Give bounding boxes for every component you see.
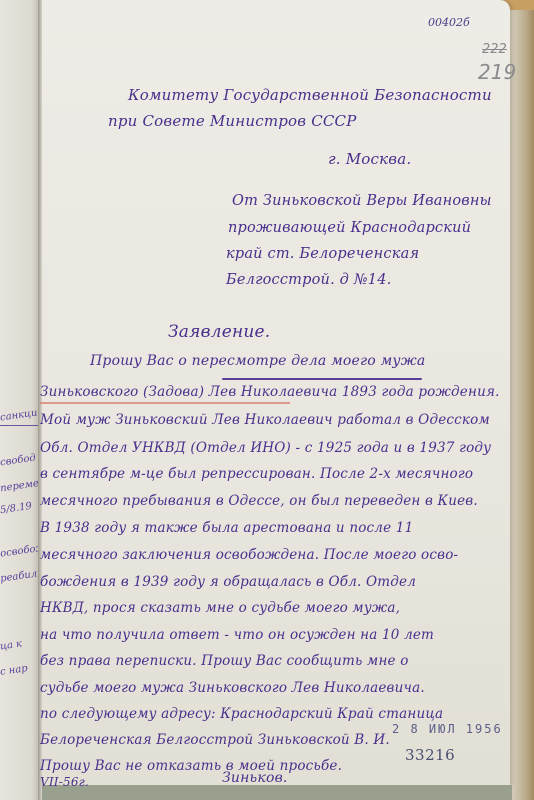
body-line: Мой муж Зиньковский Лев Николаевич работ… bbox=[40, 412, 490, 428]
folio-number: 219 bbox=[478, 60, 516, 84]
body-line: В 1938 году я также была арестована и по… bbox=[40, 520, 413, 536]
margin-note: санкци bbox=[0, 407, 38, 423]
body-line: в сентябре м-це был репрессирован. После… bbox=[40, 466, 473, 482]
ink-underline bbox=[222, 378, 422, 380]
sender-line-3: край ст. Белореченская bbox=[226, 246, 419, 262]
archive-number: 00402б bbox=[428, 16, 470, 29]
body-line: Белореченская Белгосстрой Зиньковской В.… bbox=[40, 732, 390, 748]
stacked-page-edges bbox=[508, 10, 534, 800]
body-line: без права переписки. Прошу Вас сообщить … bbox=[40, 653, 409, 669]
margin-note: реабилит bbox=[0, 566, 40, 584]
body-line: по следующему адресу: Краснодарский Край… bbox=[40, 706, 443, 722]
addressee-line-2: при Совете Министров СССР bbox=[108, 112, 357, 130]
red-underline bbox=[40, 402, 290, 404]
body-line: Обл. Отдел УНКВД (Отдел ИНО) - с 1925 го… bbox=[40, 440, 491, 456]
folder-edge bbox=[42, 785, 512, 800]
body-line: судьбе моего мужа Зиньковского Лев Никол… bbox=[40, 680, 425, 696]
folio-crossed: 222 bbox=[482, 42, 507, 57]
addressee-line-1: Комитету Государственной Безопасности bbox=[128, 86, 492, 104]
body-line: Прошу Вас не отказать в моей просьбе. bbox=[40, 758, 342, 774]
body-line: месячного пребывания в Одессе, он был пе… bbox=[40, 493, 478, 509]
date-note: VII-56г. bbox=[40, 775, 89, 789]
body-line: месячного заключения освобождена. После … bbox=[40, 547, 458, 563]
margin-note: перемещ bbox=[0, 477, 40, 495]
body-line: Зиньковского (Задова) Лев Николаевича 18… bbox=[40, 384, 500, 400]
margin-note: освобожд bbox=[0, 541, 40, 559]
margin-note: ца к bbox=[0, 639, 23, 653]
sender-line-1: От Зиньковской Веры Ивановны bbox=[232, 193, 492, 209]
margin-note: 5/8.19 bbox=[0, 501, 33, 516]
body-line: на что получила ответ - что он осужден н… bbox=[40, 627, 434, 643]
margin-note: с нар bbox=[0, 663, 28, 678]
margin-rule bbox=[0, 425, 40, 426]
body-line: бождения в 1939 году я обращалась в Обл.… bbox=[40, 574, 416, 590]
margin-note: свобод bbox=[0, 453, 36, 469]
addressee-city: г. Москва. bbox=[328, 150, 411, 168]
left-facing-page: санкци свобод перемещ 5/8.19 освобожд ре… bbox=[0, 0, 40, 800]
document-title: Заявление. bbox=[168, 322, 270, 342]
registration-number-stamp: 33216 bbox=[405, 746, 455, 764]
sender-line-2: проживающей Краснодарский bbox=[228, 220, 471, 236]
signature: Зиньков. bbox=[222, 770, 288, 786]
body-line: Прошу Вас о пересмотре дела моего мужа bbox=[90, 353, 425, 369]
sender-line-4: Белгосстрой. д №14. bbox=[226, 272, 391, 288]
body-line: НКВД, прося сказать мне о судьбе моего м… bbox=[40, 600, 400, 616]
received-date-stamp: 2 8 ИЮЛ 1956 bbox=[392, 722, 503, 736]
